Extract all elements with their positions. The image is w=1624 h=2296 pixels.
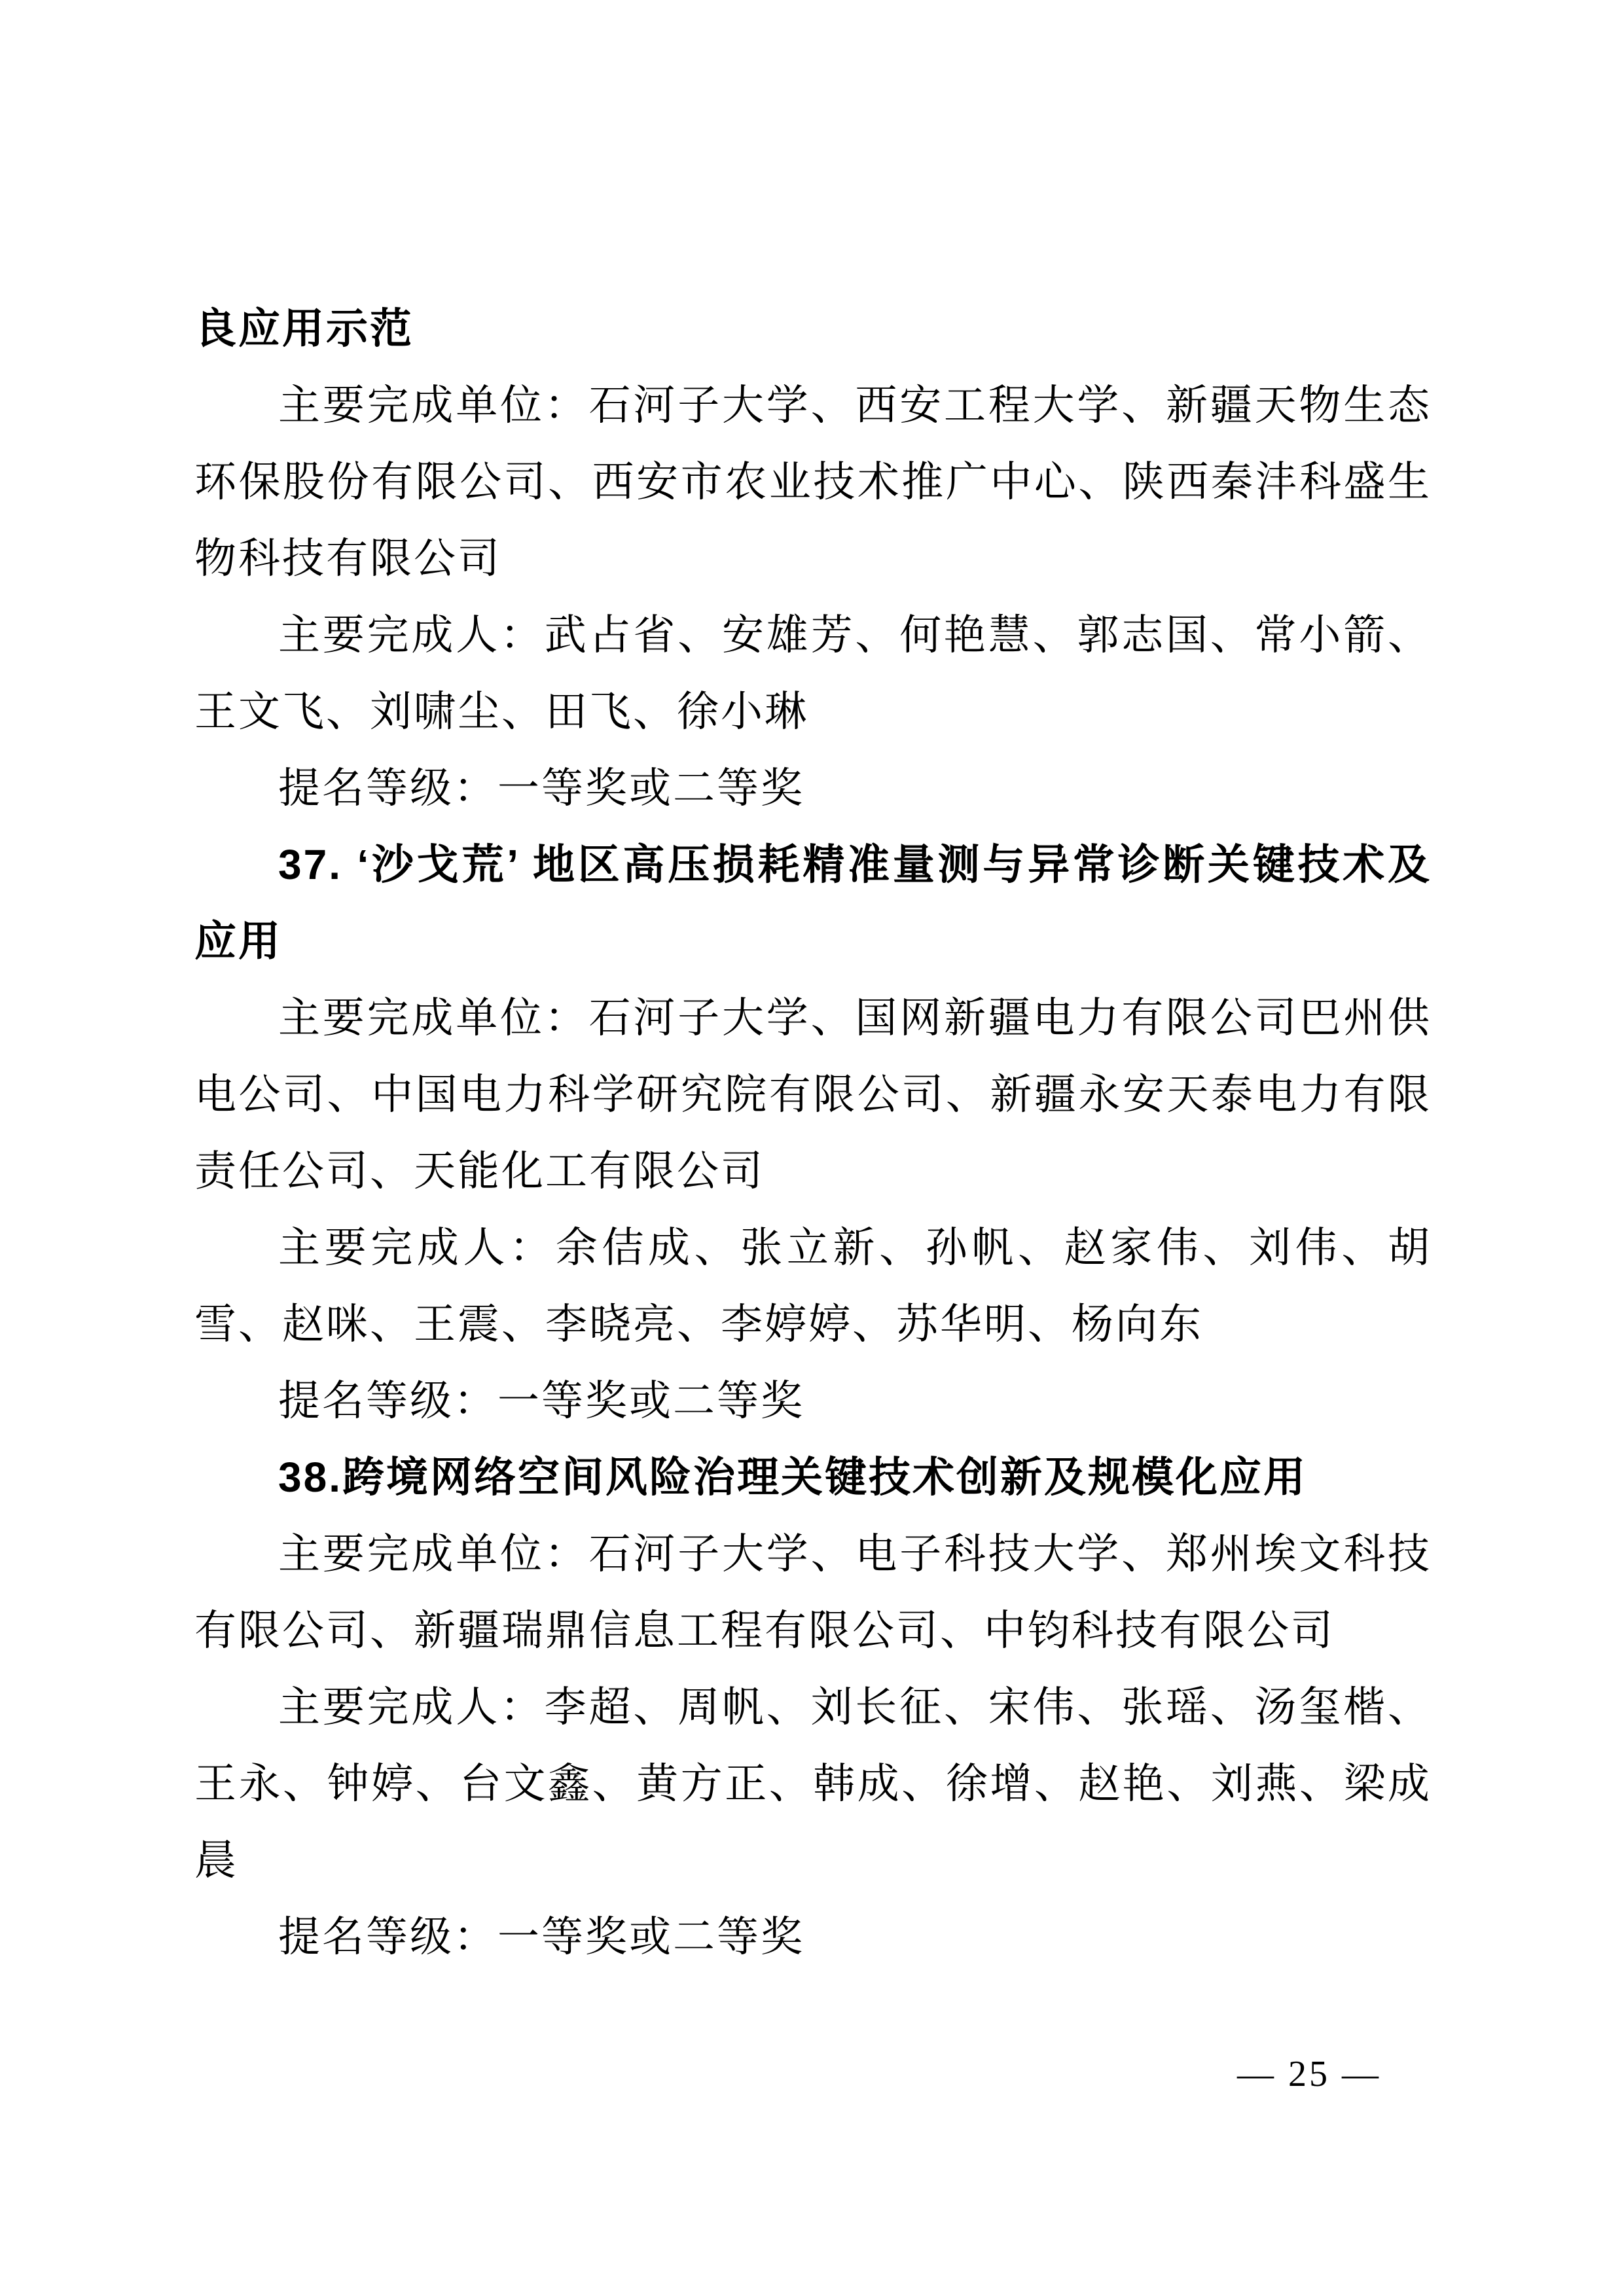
- document-body: 良应用示范 主要完成单位：石河子大学、西安工程大学、新疆天物生态环保股份有限公司…: [194, 291, 1432, 1975]
- item-38-grade-paragraph: 提名等级：一等奖或二等奖: [194, 1899, 1432, 1975]
- item-36-orgs-paragraph: 主要完成单位：石河子大学、西安工程大学、新疆天物生态环保股份有限公司、西安市农业…: [194, 367, 1432, 597]
- item-37-title: 37. ‘沙戈荒’ 地区高压损耗精准量测与异常诊断关键技术及应用: [194, 827, 1432, 980]
- item-36-grade-paragraph: 提名等级：一等奖或二等奖: [194, 750, 1432, 827]
- item-38-people-paragraph: 主要完成人：李超、周帆、刘长征、宋伟、张瑶、汤玺楷、王永、钟婷、台文鑫、黄方正、…: [194, 1669, 1432, 1899]
- item-37-orgs-paragraph: 主要完成单位：石河子大学、国网新疆电力有限公司巴州供电公司、中国电力科学研究院有…: [194, 980, 1432, 1210]
- item-37-people-paragraph: 主要完成人：余佶成、张立新、孙帆、赵家伟、刘伟、胡雪、赵咪、王震、李晓亮、李婷婷…: [194, 1210, 1432, 1363]
- document-page: 良应用示范 主要完成单位：石河子大学、西安工程大学、新疆天物生态环保股份有限公司…: [0, 0, 1624, 2296]
- item-38-title: 38.跨境网络空间风险治理关键技术创新及规模化应用: [194, 1439, 1432, 1516]
- item-38-orgs-paragraph: 主要完成单位：石河子大学、电子科技大学、郑州埃文科技有限公司、新疆瑞鼎信息工程有…: [194, 1516, 1432, 1669]
- item-36-people-paragraph: 主要完成人：武占省、安雄芳、何艳慧、郭志国、常小箭、王文飞、刘啸尘、田飞、徐小琳: [194, 597, 1432, 750]
- page-number: — 25 —: [1172, 2053, 1447, 2095]
- item-37-grade-paragraph: 提名等级：一等奖或二等奖: [194, 1363, 1432, 1439]
- continued-section-heading: 良应用示范: [194, 291, 1432, 367]
